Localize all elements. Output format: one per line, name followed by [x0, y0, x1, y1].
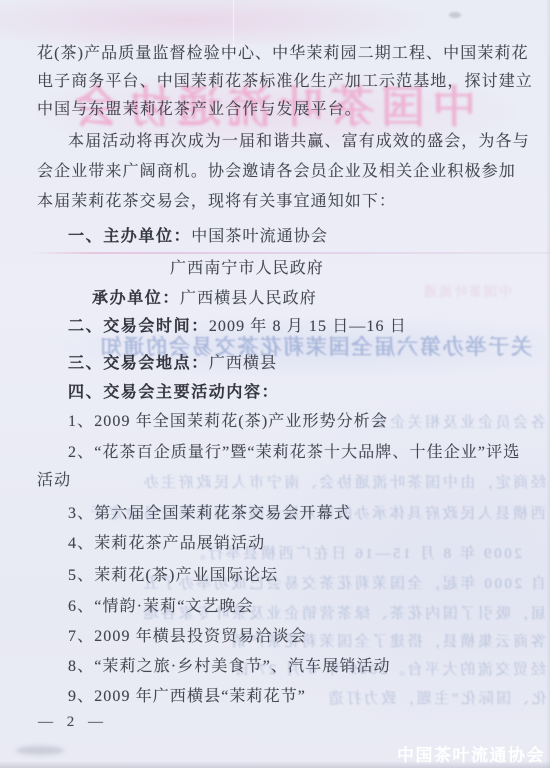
page-number: — 2 — [38, 714, 108, 731]
line-text: 7、2009 年横县投资贸易洽谈会 [68, 628, 307, 645]
page-edge-shadow [546, 0, 550, 768]
line-text: 5、茉莉花(茶)产业国际论坛 [68, 567, 278, 584]
doc-line: 3、第六届全国茉莉花茶交易会开幕式 [68, 504, 351, 523]
doc-line: 7、2009 年横县投资贸易洽谈会 [68, 627, 307, 646]
page-edge-shadow [0, 761, 550, 768]
doc-line: 会企业带来广阔商机。协会邀请各会员企业及相关企业积极参加 [37, 162, 516, 181]
doc-line-labeled: 三、交易会地点：广西横县 [68, 354, 277, 373]
document-body: 花(茶)产品质量监督检验中心、中华茉莉园二期工程、中国茉莉花电子商务平台、中国茉… [0, 0, 550, 768]
line-text: 广西南宁市人民政府 [170, 260, 324, 277]
doc-line: 6、“情韵·茉莉“文艺晚会 [68, 597, 254, 616]
line-text: 会企业带来广阔商机。协会邀请各会员企业及相关企业积极参加 [37, 163, 516, 180]
line-text: 中国茶叶流通协会 [191, 228, 328, 245]
line-text: 2、“花茶百企质量行”暨“茉莉花茶十大品牌、十佳企业”评选 [68, 444, 520, 461]
line-bold-label: 三、交易会地点： [68, 355, 209, 372]
doc-line: 9、2009 年广西横县“茉莉花节” [68, 687, 306, 706]
doc-line: 电子商务平台、中国茉莉花茶标准化生产加工示范基地，探讨建立 [37, 72, 533, 91]
doc-line: 1、2009 年全国茉莉花(茶)产业形势分析会 [68, 412, 388, 431]
doc-line: 活动 [37, 471, 71, 490]
line-text: 电子商务平台、中国茉莉花茶标准化生产加工示范基地，探讨建立 [37, 73, 533, 90]
line-text: 广西横县人民政府 [180, 290, 317, 307]
line-text: 9、2009 年广西横县“茉莉花节” [68, 688, 306, 705]
line-text: 4、茉莉花茶产品展销活动 [68, 535, 265, 552]
doc-line: 2、“花茶百企质量行”暨“茉莉花茶十大品牌、十佳企业”评选 [68, 443, 520, 462]
line-bold-label: 四、交易会主要活动内容： [68, 384, 279, 401]
doc-line: 5、茉莉花(茶)产业国际论坛 [68, 566, 278, 585]
doc-line: 本届茉莉花茶交易会，现将有关事宜通知如下： [37, 192, 396, 211]
line-text: 2009 年 8 月 15 日—16 日 [209, 318, 407, 335]
doc-line-labeled: 四、交易会主要活动内容： [68, 383, 279, 402]
line-text: 6、“情韵·茉莉“文艺晚会 [68, 598, 254, 615]
doc-line: 花(茶)产品质量监督检验中心、中华茉莉园二期工程、中国茉莉花 [37, 44, 529, 63]
line-text: 3、第六届全国茉莉花茶交易会开幕式 [68, 505, 351, 522]
doc-line: 4、茉莉花茶产品展销活动 [68, 534, 265, 553]
doc-line: 8、“茉莉之旅·乡村美食节”、汽车展销活动 [68, 657, 391, 676]
doc-line-labeled: 一、主办单位：中国茶叶流通协会 [68, 227, 328, 246]
smudge [16, 746, 64, 755]
line-text: 活动 [37, 472, 71, 489]
scanned-notice-page: 中国茶叶流通协会 关于举办第六届全国茉莉花茶交易会的通知 中国茶叶流通各会员企业… [0, 0, 550, 768]
line-text: 1、2009 年全国茉莉花(茶)产业形势分析会 [68, 413, 388, 430]
doc-line: 广西南宁市人民政府 [170, 259, 324, 278]
line-text: 本届活动将再次成为一届和谐共赢、富有成效的盛会，为各与 [68, 133, 530, 150]
line-text: 本届茉莉花茶交易会，现将有关事宜通知如下： [37, 193, 396, 210]
doc-line: 本届活动将再次成为一届和谐共赢、富有成效的盛会，为各与 [68, 132, 530, 151]
line-bold-label: 二、交易会时间： [68, 318, 209, 335]
line-text: 中国与东盟茉莉花茶产业合作与发展平台。 [37, 101, 362, 118]
line-text: 8、“茉莉之旅·乡村美食节”、汽车展销活动 [68, 658, 391, 675]
line-text: 广西横县 [209, 355, 277, 372]
line-bold-label: 一、主办单位： [68, 228, 191, 245]
line-bold-label: 承办单位： [92, 290, 180, 307]
doc-line-labeled: 承办单位：广西横县人民政府 [92, 289, 317, 308]
line-text: 花(茶)产品质量监督检验中心、中华茉莉园二期工程、中国茉莉花 [37, 45, 529, 62]
doc-line-labeled: 二、交易会时间：2009 年 8 月 15 日—16 日 [68, 317, 407, 336]
doc-line: 中国与东盟茉莉花茶产业合作与发展平台。 [37, 100, 362, 119]
